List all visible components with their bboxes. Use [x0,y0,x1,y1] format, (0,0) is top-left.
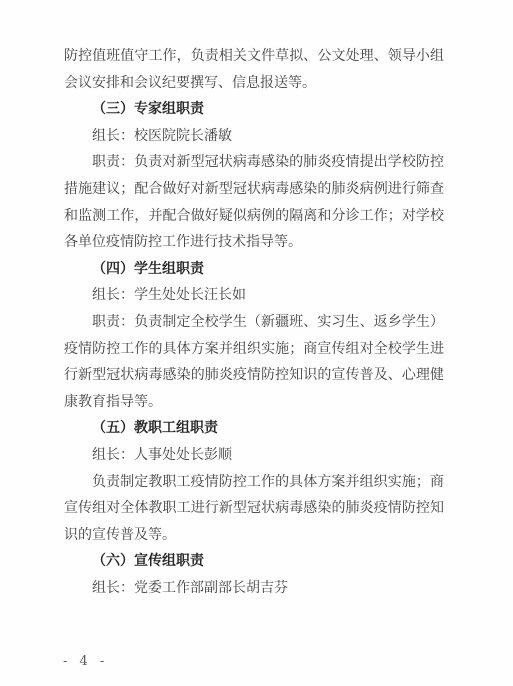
staff-group-duties-paragraph: 负责制定教职工疫情防控工作的具体方案并组织实施；商宣传组对全体教职工进行新型冠状… [64,469,444,549]
page-number: - 4 - [63,654,108,669]
expert-group-leader-line: 组长：校医院院长潘敏 [64,123,444,150]
section-heading-staff-group: （五）教职工组职责 [64,415,444,442]
section-heading-expert-group: （三）专家组职责 [64,96,444,123]
staff-group-leader-line: 组长：人事处处长彭顺 [64,442,444,469]
document-body: 防控值班值守工作，负责相关文件草拟、公文处理、领导小组会议安排和会议纪要撰写、信… [64,43,444,601]
student-group-leader-line: 组长：学生处处长汪长如 [64,282,444,309]
paragraph-duty-office-continuation: 防控值班值守工作，负责相关文件草拟、公文处理、领导小组会议安排和会议纪要撰写、信… [64,43,444,96]
section-heading-publicity-group: （六）宣传组职责 [64,548,444,575]
section-heading-student-group: （四）学生组职责 [64,256,444,283]
student-group-duties-paragraph: 职责：负责制定全校学生（新疆班、实习生、返乡学生）疫情防控工作的具体方案并组织实… [64,309,444,415]
expert-group-duties-paragraph: 职责：负责对新型冠状病毒感染的肺炎疫情提出学校防控措施建议；配合做好对新型冠状病… [64,149,444,255]
publicity-group-leader-line: 组长：党委工作部副部长胡吉芬 [64,575,444,602]
document-page: 防控值班值守工作，负责相关文件草拟、公文处理、领导小组会议安排和会议纪要撰写、信… [0,0,513,686]
